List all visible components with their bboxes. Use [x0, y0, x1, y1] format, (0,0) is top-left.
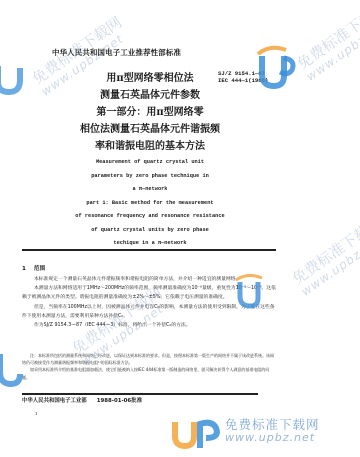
note: 注：本标准所包括的测量系统和网络已经改进，以保证达到本标准的要求。但是，按照本标… — [22, 352, 277, 366]
watermark-cn: 免费标准下载网 — [295, 0, 360, 73]
title-cn-line: 测量石英晶体元件参数 — [60, 87, 240, 104]
brand-cn: 免费标准下载网 — [225, 418, 320, 432]
standard-header: 中华人民共和国电子工业推荐性部标准 — [52, 47, 181, 58]
title-en-line: of quartz crystal units by zero phase — [40, 224, 260, 238]
notes: 注：本标准所包括的测量系统和网络已经改进，以保证达到本标准的要求。但是，按照本标… — [22, 352, 277, 381]
paragraph: 本标准规定一个测量石英晶体元件谐振频率和谐振电阻的简单方法，并介绍一种适宜的测量… — [22, 275, 277, 284]
title-en-line: a π—network — [40, 183, 260, 197]
section-heading: 1范围 — [22, 264, 53, 272]
title-en-line: Measurement of quartz crystal unit — [40, 156, 260, 170]
document-page: 中华人民共和国电子工业推荐性部标准 SJ/Z 9154.1—87 IEC 444… — [0, 0, 360, 457]
approval-date: 1988-01-06批准 — [97, 398, 142, 404]
title-cn-line: 用π型网络零相位法 — [60, 70, 240, 87]
title-en-line: of resonance frequency and resonance res… — [40, 210, 260, 224]
top-divider — [22, 249, 276, 251]
paragraph: 本测量方法和网络适用于1MHz～200MHz的频率范围，频率测量准确度为10⁻⁶… — [22, 284, 277, 302]
section-title: 范围 — [34, 266, 45, 272]
title-cn-line: 第一部分：用π型网络零 — [60, 104, 240, 121]
note: 如采用本标准所介绍的基准电阻器加载法，使它们能被纳入按IEC 444标准第一版制… — [22, 366, 277, 380]
paragraph: 作为SJ/Z 9154.3—87（IEC 444—3）标准，将给出一个补偿C₀的… — [22, 321, 277, 330]
title-en-line: parameters by zero phase technique in — [40, 170, 260, 184]
title-cn-line: 率和谐振电阻的基本方法 — [60, 138, 240, 155]
page-number: 1 — [35, 411, 38, 416]
brand-text: 免费标准下载网 www.upbz.net — [225, 418, 320, 444]
watermark-url: www.upbz.net — [304, 13, 360, 84]
issuer: 中华人民共和国电子工业部 — [22, 398, 87, 404]
watermark-text: 免费标准下载网 www.upbz.net — [295, 0, 360, 83]
paragraph: 但是，当频率在100MHz以上时，因被测晶体元件并电容C₀的影响，本测量方法的使… — [22, 303, 277, 321]
brand-logo-icon — [170, 418, 222, 450]
title-cn-line: 相位法测量石英晶体元件谐振频 — [60, 121, 240, 138]
english-title: Measurement of quartz crystal unit param… — [40, 156, 260, 251]
chinese-title: 用π型网络零相位法 测量石英晶体元件参数 第一部分：用π型网络零 相位法测量石英… — [60, 70, 240, 155]
bottom-divider — [22, 393, 258, 395]
watermark-url: www.upbz.net — [299, 228, 360, 299]
watermark-text: 免费标准下载网 www.upbz.net — [290, 215, 360, 298]
body-text: 本标准规定一个测量石英晶体元件谐振频率和谐振电阻的简单方法，并介绍一种适宜的测量… — [22, 275, 277, 330]
watermark-cn: 免费标准下载网 — [290, 215, 360, 288]
section-number: 1 — [22, 266, 26, 272]
approval-line: 中华人民共和国电子工业部1988-01-06批准 — [22, 396, 142, 404]
title-en-line: part 1: Basic method for the measurement — [40, 197, 260, 211]
brand-url: www.upbz.net — [225, 432, 320, 444]
watermark-logo-icon — [0, 62, 24, 96]
